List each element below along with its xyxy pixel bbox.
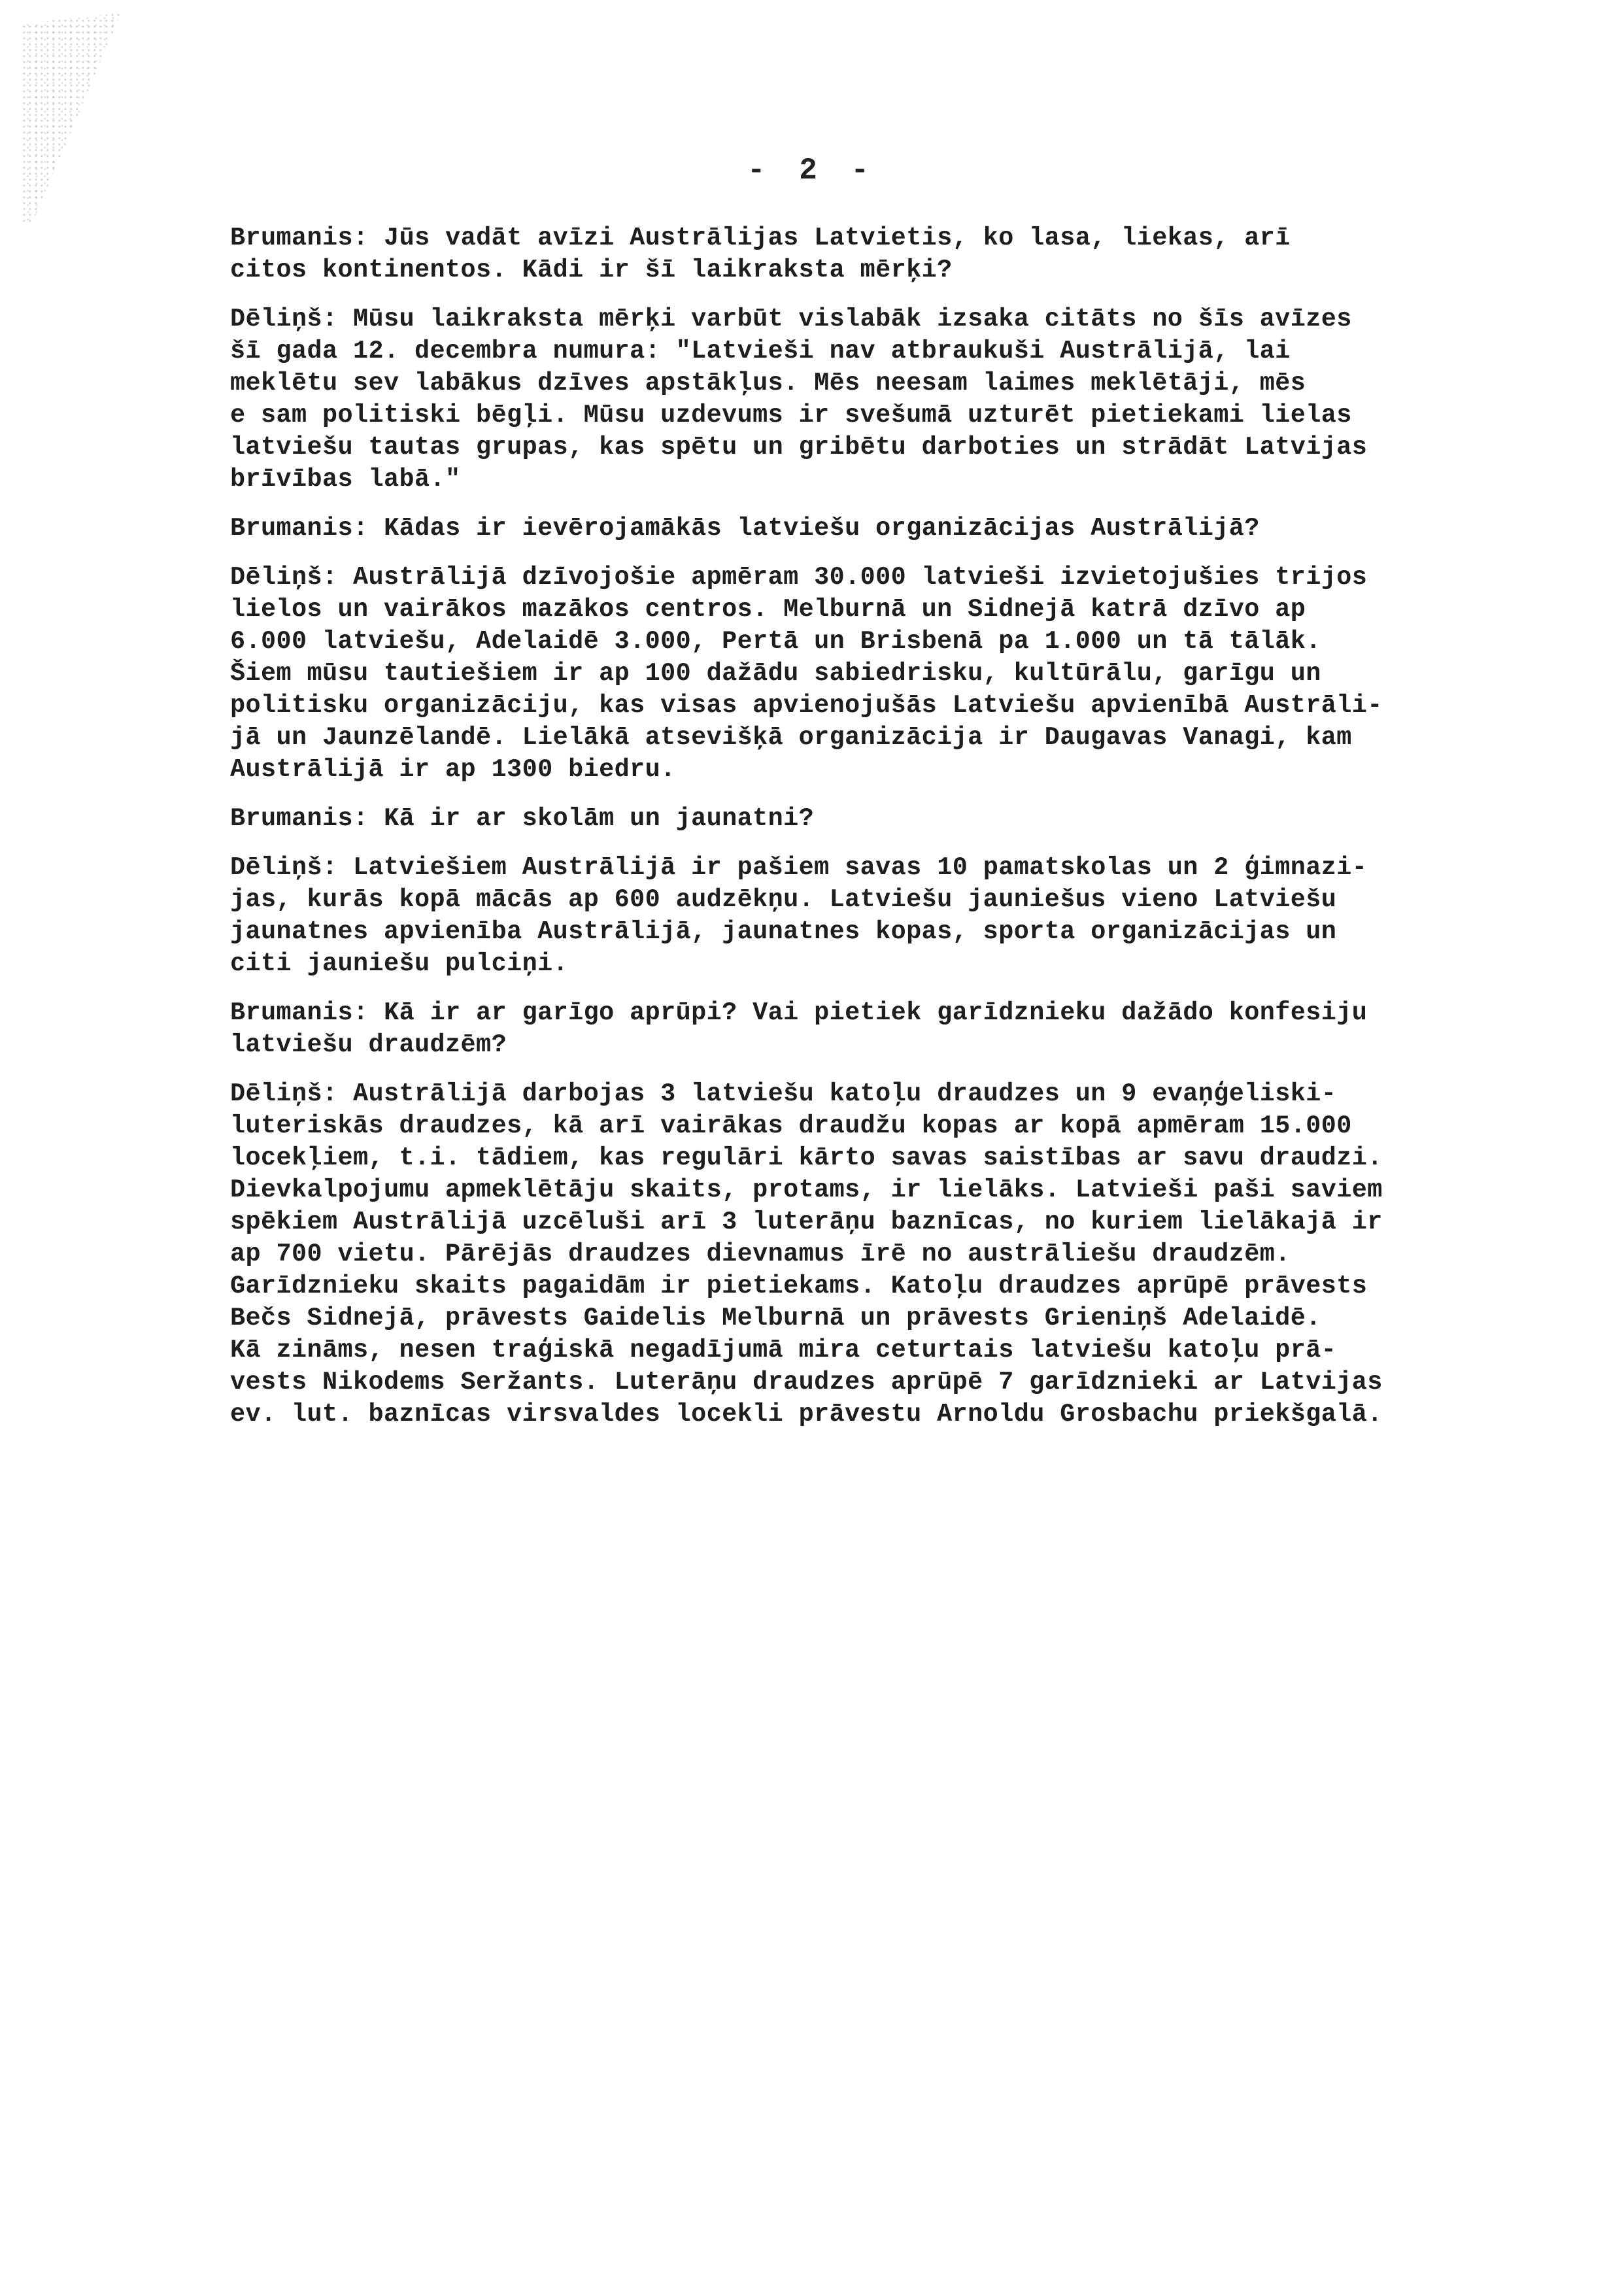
- line-text: latviešu tautas grupas, kas spētu un gri…: [230, 433, 1367, 462]
- text-line: 6.000 latviešu, Adelaidē 3.000, Pertā un…: [230, 626, 1590, 658]
- line-text: spēkiem Austrālijā uzcēluši arī 3 luterā…: [230, 1208, 1383, 1236]
- speaker-label: Dēliņš:: [230, 853, 338, 882]
- interview-text: Brumanis: Jūs vadāt avīzi Austrālijas La…: [230, 222, 1590, 1448]
- text-line: Brumanis: Kā ir ar garīgo aprūpi? Vai pi…: [230, 997, 1590, 1029]
- text-line: Brumanis: Kādas ir ievērojamākās latvieš…: [230, 513, 1590, 545]
- line-text: jas, kurās kopā mācās ap 600 audzēkņu. L…: [230, 885, 1336, 914]
- line-text: brīvības labā.": [230, 465, 461, 494]
- question-paragraph: Brumanis: Kādas ir ievērojamākās latvieš…: [230, 513, 1590, 545]
- question-paragraph: Brumanis: Jūs vadāt avīzi Austrālijas La…: [230, 222, 1590, 286]
- line-text: Dievkalpojumu apmeklētāju skaits, protam…: [230, 1176, 1383, 1204]
- text-line: vests Nikodems Seržants. Luterāņu draudz…: [230, 1366, 1590, 1399]
- answer-paragraph: Dēliņš: Latviešiem Austrālijā ir pašiem …: [230, 852, 1590, 980]
- text-line: locekļiem, t.i. tādiem, kas regulāri kār…: [230, 1142, 1590, 1174]
- line-text: locekļiem, t.i. tādiem, kas regulāri kār…: [230, 1144, 1383, 1172]
- text-line: Bečs Sidnejā, prāvests Gaidelis Melburnā…: [230, 1302, 1590, 1334]
- speaker-label: Dēliņš:: [230, 563, 338, 592]
- text-line: šī gada 12. decembra numura: "Latvieši n…: [230, 335, 1590, 367]
- page-number: - 2 -: [0, 154, 1624, 188]
- speaker-label: Dēliņš:: [230, 1079, 338, 1108]
- text-line: Dēliņš: Latviešiem Austrālijā ir pašiem …: [230, 852, 1590, 884]
- text-line: latviešu draudzēm?: [230, 1029, 1590, 1061]
- text-line: latviešu tautas grupas, kas spētu un gri…: [230, 432, 1590, 464]
- speaker-label: Brumanis:: [230, 998, 369, 1027]
- line-text: Kā ir ar skolām un jaunatni?: [384, 804, 814, 833]
- line-text: jā un Jaunzēlandē. Lielākā atsevišķā org…: [230, 723, 1352, 752]
- line-text: ap 700 vietu. Pārējās draudzes dievnamus…: [230, 1240, 1291, 1268]
- text-line: citi jauniešu pulciņi.: [230, 948, 1590, 980]
- line-text: 6.000 latviešu, Adelaidē 3.000, Pertā un…: [230, 627, 1321, 656]
- line-text: luteriskās draudzes, kā arī vairākas dra…: [230, 1112, 1352, 1140]
- line-text: lielos un vairākos mazākos centros. Melb…: [230, 595, 1306, 624]
- line-text: Kā zināms, nesen traģiskā negadījumā mir…: [230, 1336, 1336, 1365]
- line-text: Austrālijā dzīvojošie apmēram 30.000 lat…: [353, 563, 1367, 592]
- text-line: Austrālijā ir ap 1300 biedru.: [230, 754, 1590, 786]
- speaker-label: Brumanis:: [230, 224, 369, 252]
- speaker-label: Dēliņš:: [230, 305, 338, 333]
- text-line: luteriskās draudzes, kā arī vairākas dra…: [230, 1110, 1590, 1142]
- line-text: politisku organizāciju, kas visas apvien…: [230, 691, 1383, 720]
- text-line: Garīdznieku skaits pagaidām ir pietiekam…: [230, 1270, 1590, 1302]
- text-line: Dievkalpojumu apmeklētāju skaits, protam…: [230, 1174, 1590, 1206]
- text-line: politisku organizāciju, kas visas apvien…: [230, 690, 1590, 722]
- text-line: e sam politiski bēgļi. Mūsu uzdevums ir …: [230, 399, 1590, 432]
- answer-paragraph: Dēliņš: Mūsu laikraksta mērķi varbūt vis…: [230, 303, 1590, 496]
- line-text: šī gada 12. decembra numura: "Latvieši n…: [230, 337, 1291, 365]
- line-text: jaunatnes apvienība Austrālijā, jaunatne…: [230, 917, 1336, 946]
- line-text: citi jauniešu pulciņi.: [230, 949, 568, 978]
- text-line: spēkiem Austrālijā uzcēluši arī 3 luterā…: [230, 1206, 1590, 1238]
- line-text: latviešu draudzēm?: [230, 1030, 507, 1059]
- question-paragraph: Brumanis: Kā ir ar skolām un jaunatni?: [230, 803, 1590, 835]
- text-line: Dēliņš: Austrālijā darbojas 3 latviešu k…: [230, 1078, 1590, 1110]
- line-text: Šiem mūsu tautiešiem ir ap 100 dažādu sa…: [230, 659, 1321, 688]
- text-line: ev. lut. baznīcas virsvaldes locekli prā…: [230, 1399, 1590, 1431]
- answer-paragraph: Dēliņš: Austrālijā darbojas 3 latviešu k…: [230, 1078, 1590, 1431]
- text-line: jā un Jaunzēlandē. Lielākā atsevišķā org…: [230, 722, 1590, 754]
- line-text: ev. lut. baznīcas virsvaldes locekli prā…: [230, 1400, 1383, 1429]
- text-line: ap 700 vietu. Pārējās draudzes dievnamus…: [230, 1238, 1590, 1270]
- answer-paragraph: Dēliņš: Austrālijā dzīvojošie apmēram 30…: [230, 562, 1590, 786]
- speaker-label: Brumanis:: [230, 804, 369, 833]
- text-line: Brumanis: Kā ir ar skolām un jaunatni?: [230, 803, 1590, 835]
- text-line: Dēliņš: Austrālijā dzīvojošie apmēram 30…: [230, 562, 1590, 594]
- text-line: meklētu sev labākus dzīves apstākļus. Mē…: [230, 367, 1590, 399]
- text-line: jas, kurās kopā mācās ap 600 audzēkņu. L…: [230, 884, 1590, 916]
- line-text: vests Nikodems Seržants. Luterāņu draudz…: [230, 1368, 1383, 1397]
- text-line: jaunatnes apvienība Austrālijā, jaunatne…: [230, 916, 1590, 948]
- line-text: Latviešiem Austrālijā ir pašiem savas 10…: [353, 853, 1367, 882]
- line-text: Kā ir ar garīgo aprūpi? Vai pietiek garī…: [384, 998, 1367, 1027]
- text-line: brīvības labā.": [230, 464, 1590, 496]
- line-text: e sam politiski bēgļi. Mūsu uzdevums ir …: [230, 401, 1352, 430]
- scan-artifact: [23, 13, 121, 222]
- line-text: Austrālijā darbojas 3 latviešu katoļu dr…: [353, 1079, 1336, 1108]
- line-text: meklētu sev labākus dzīves apstākļus. Mē…: [230, 369, 1306, 398]
- line-text: Kādas ir ievērojamākās latviešu organizā…: [384, 514, 1260, 543]
- line-text: Austrālijā ir ap 1300 biedru.: [230, 755, 676, 784]
- text-line: Šiem mūsu tautiešiem ir ap 100 dažādu sa…: [230, 658, 1590, 690]
- question-paragraph: Brumanis: Kā ir ar garīgo aprūpi? Vai pi…: [230, 997, 1590, 1061]
- text-line: Dēliņš: Mūsu laikraksta mērķi varbūt vis…: [230, 303, 1590, 335]
- text-line: Kā zināms, nesen traģiskā negadījumā mir…: [230, 1334, 1590, 1366]
- line-text: citos kontinentos. Kādi ir šī laikraksta…: [230, 256, 953, 284]
- line-text: Jūs vadāt avīzi Austrālijas Latvietis, k…: [384, 224, 1291, 252]
- speaker-label: Brumanis:: [230, 514, 369, 543]
- text-line: lielos un vairākos mazākos centros. Melb…: [230, 594, 1590, 626]
- line-text: Garīdznieku skaits pagaidām ir pietiekam…: [230, 1272, 1367, 1300]
- text-line: Brumanis: Jūs vadāt avīzi Austrālijas La…: [230, 222, 1590, 254]
- line-text: Bečs Sidnejā, prāvests Gaidelis Melburnā…: [230, 1304, 1321, 1332]
- text-line: citos kontinentos. Kādi ir šī laikraksta…: [230, 254, 1590, 286]
- line-text: Mūsu laikraksta mērķi varbūt vislabāk iz…: [353, 305, 1352, 333]
